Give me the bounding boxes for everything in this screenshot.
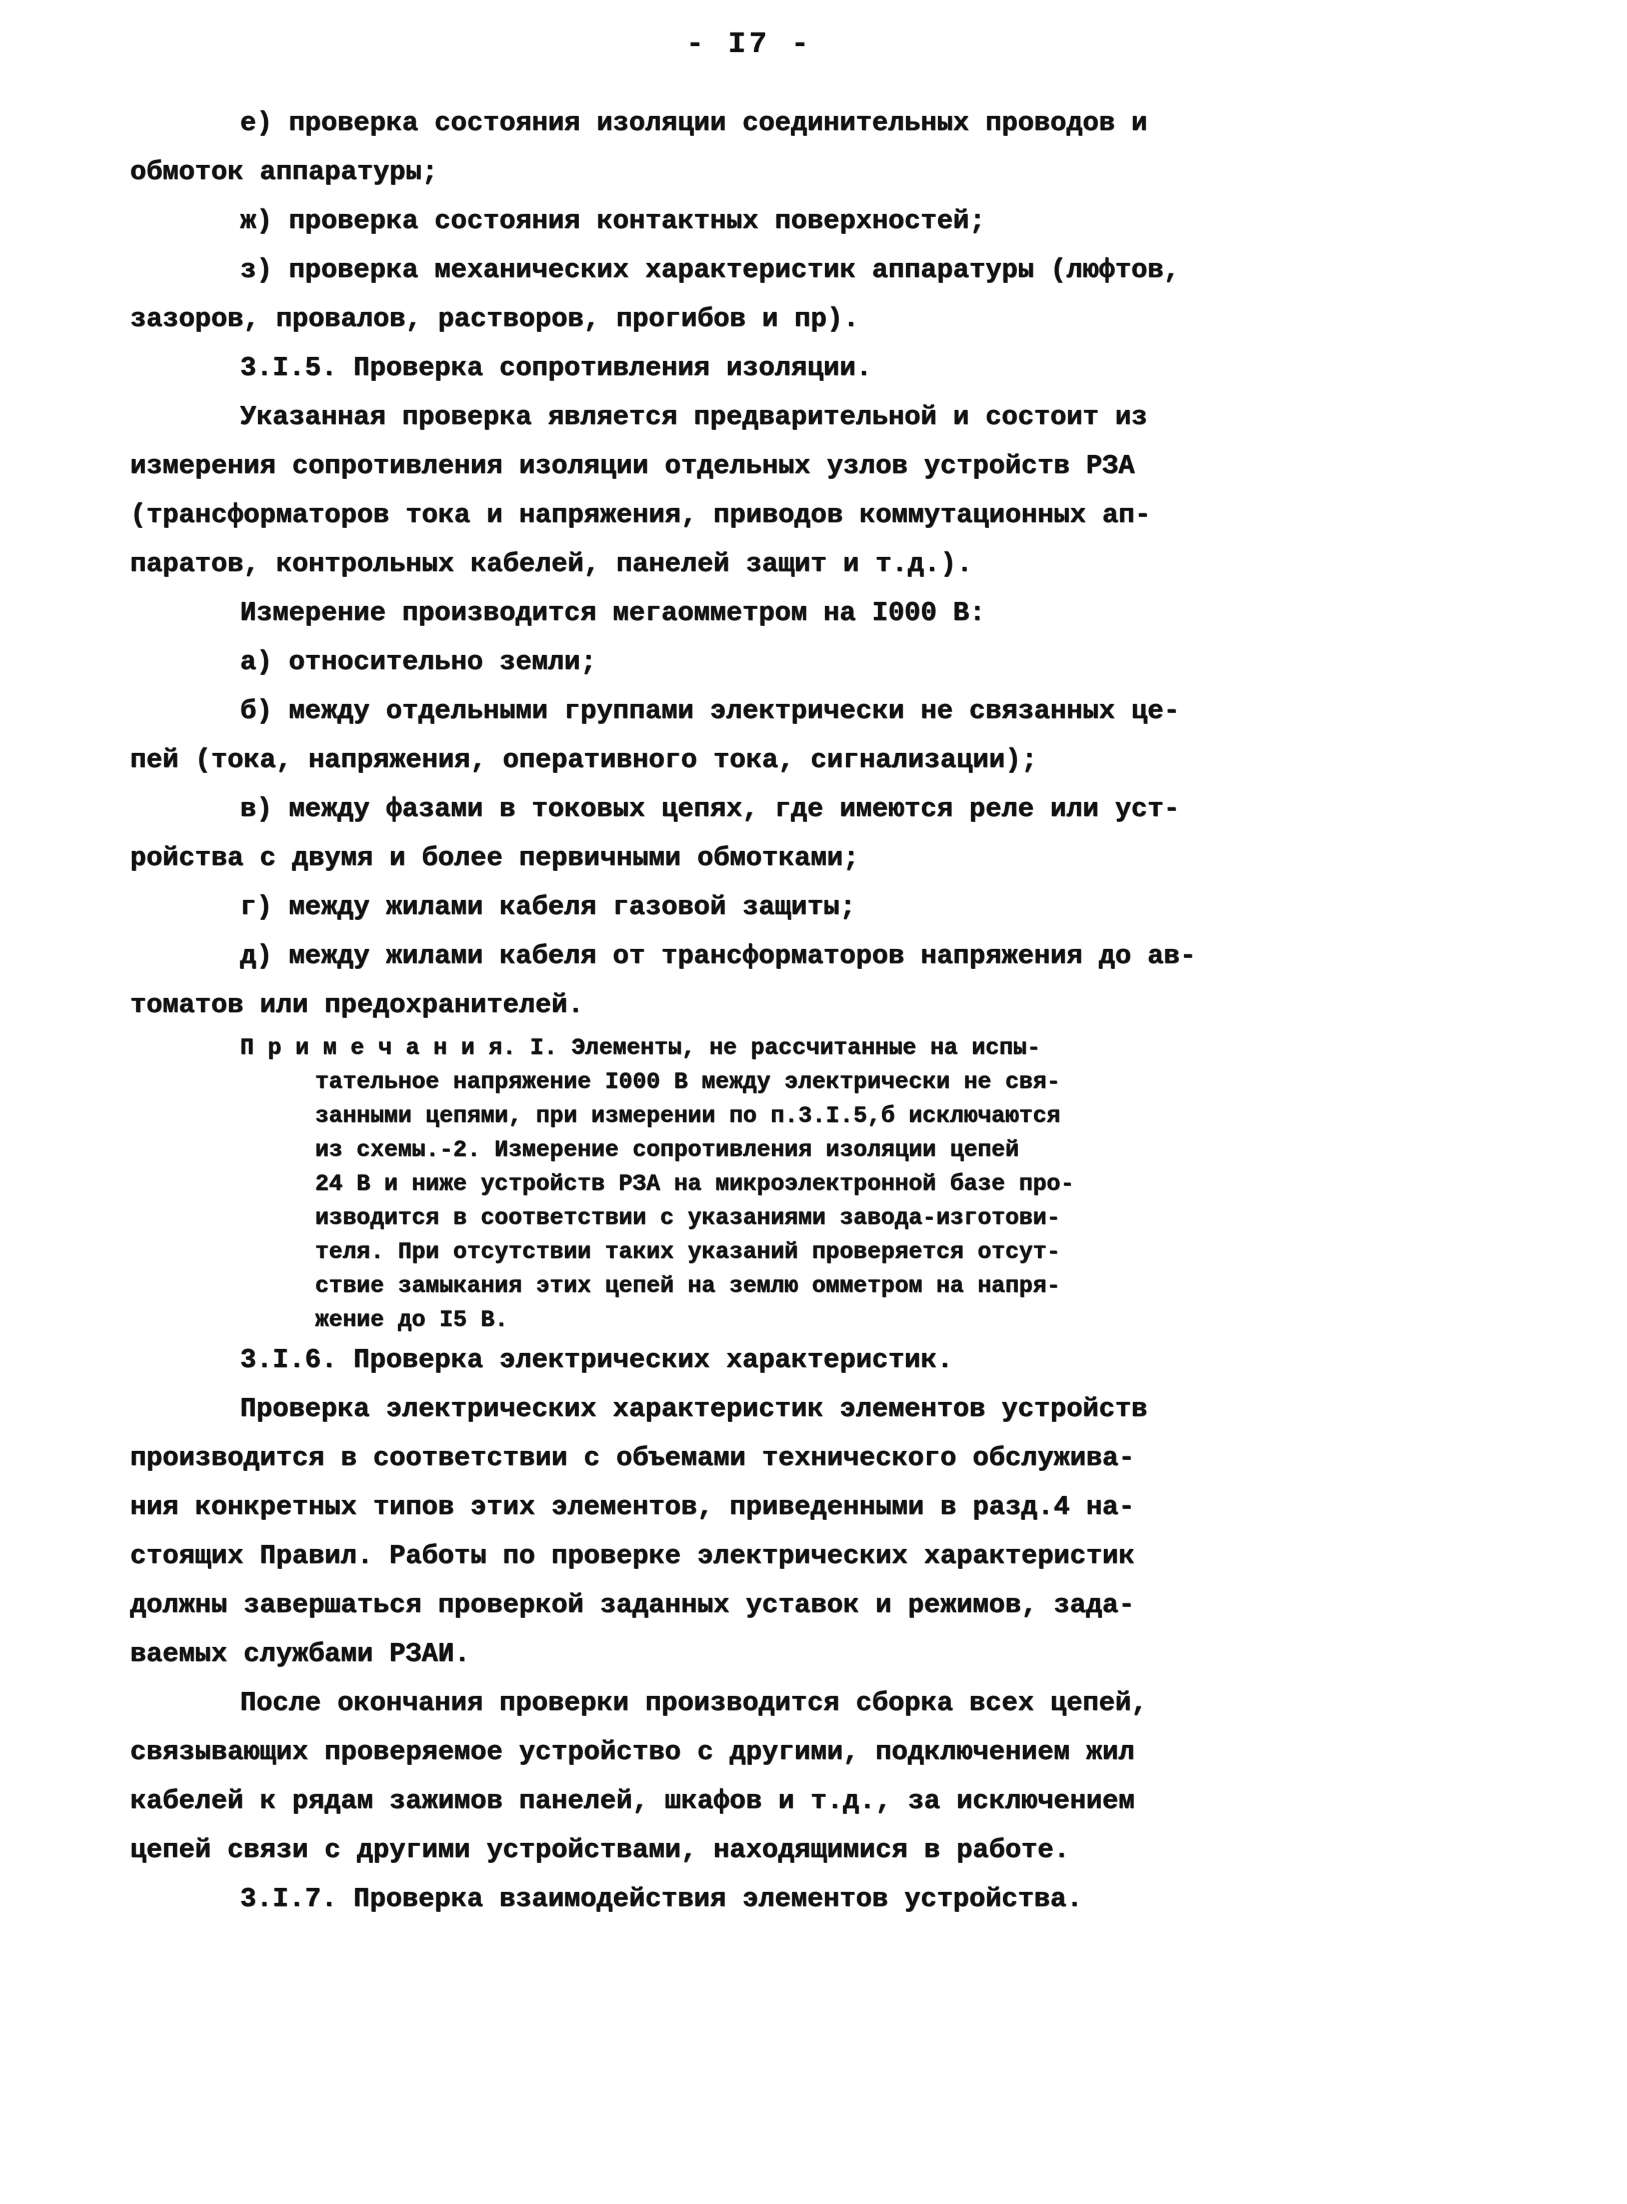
- text-line: в) между фазами в токовых цепях, где име…: [130, 786, 1250, 835]
- text-line: б) между отдельными группами электрическ…: [130, 688, 1250, 737]
- text-line: Измерение производится мегаомметром на I…: [130, 590, 1250, 639]
- text-line: Проверка электрических характеристик эле…: [130, 1386, 1250, 1435]
- note-line: П р и м е ч а н и я. I. Элементы, не рас…: [130, 1031, 1250, 1065]
- text-line: После окончания проверки производится сб…: [130, 1680, 1250, 1729]
- text-line: зазоров, провалов, растворов, прогибов и…: [130, 296, 1250, 345]
- section-heading-3-1-5: 3.I.5. Проверка сопротивления изоляции.: [130, 345, 1250, 394]
- section-heading-3-1-6: 3.I.6. Проверка электрических характерис…: [130, 1337, 1250, 1386]
- text-line: пей (тока, напряжения, оперативного тока…: [130, 737, 1250, 786]
- text-line: (трансформаторов тока и напряжения, прив…: [130, 492, 1250, 541]
- note-line: 24 В и ниже устройств РЗА на микроэлектр…: [130, 1167, 1250, 1201]
- text-line: Указанная проверка является предваритель…: [130, 394, 1250, 443]
- page-number: - I7 -: [686, 28, 812, 62]
- text-line: ваемых службами РЗАИ.: [130, 1631, 1250, 1680]
- note-line: жение до I5 В.: [130, 1303, 1250, 1337]
- text-line: связывающих проверяемое устройство с дру…: [130, 1729, 1250, 1778]
- text-line: ройства с двумя и более первичными обмот…: [130, 835, 1250, 884]
- text-line: стоящих Правил. Работы по проверке элект…: [130, 1533, 1250, 1582]
- note-line: изводится в соответствии с указаниями за…: [130, 1201, 1250, 1235]
- text-line: ж) проверка состояния контактных поверхн…: [130, 198, 1250, 247]
- note-line: занными цепями, при измерении по п.3.I.5…: [130, 1099, 1250, 1133]
- note-line: из схемы.-2. Измерение сопротивления изо…: [130, 1133, 1250, 1167]
- document-text-block: е) проверка состояния изоляции соедините…: [130, 100, 1250, 1925]
- text-line: кабелей к рядам зажимов панелей, шкафов …: [130, 1778, 1250, 1827]
- text-line: ния конкретных типов этих элементов, при…: [130, 1484, 1250, 1533]
- text-line: томатов или предохранителей.: [130, 982, 1250, 1031]
- text-line: цепей связи с другими устройствами, нахо…: [130, 1827, 1250, 1876]
- section-heading-3-1-7: 3.I.7. Проверка взаимодействия элементов…: [130, 1876, 1250, 1925]
- text-line: а) относительно земли;: [130, 639, 1250, 688]
- note-line: теля. При отсутствии таких указаний пров…: [130, 1235, 1250, 1269]
- text-line: е) проверка состояния изоляции соедините…: [130, 100, 1250, 149]
- text-line: должны завершаться проверкой заданных ус…: [130, 1582, 1250, 1631]
- note-line: тательное напряжение I000 В между электр…: [130, 1065, 1250, 1099]
- text-line: паратов, контрольных кабелей, панелей за…: [130, 541, 1250, 590]
- text-line: д) между жилами кабеля от трансформаторо…: [130, 933, 1250, 982]
- text-line: производится в соответствии с объемами т…: [130, 1435, 1250, 1484]
- text-line: измерения сопротивления изоляции отдельн…: [130, 443, 1250, 492]
- note-line: ствие замыкания этих цепей на землю омме…: [130, 1269, 1250, 1303]
- scanned-document-page: - I7 - е) проверка состояния изоляции со…: [0, 0, 1627, 2204]
- text-line: з) проверка механических характеристик а…: [130, 247, 1250, 296]
- text-line: обмоток аппаратуры;: [130, 149, 1250, 198]
- text-line: г) между жилами кабеля газовой защиты;: [130, 884, 1250, 933]
